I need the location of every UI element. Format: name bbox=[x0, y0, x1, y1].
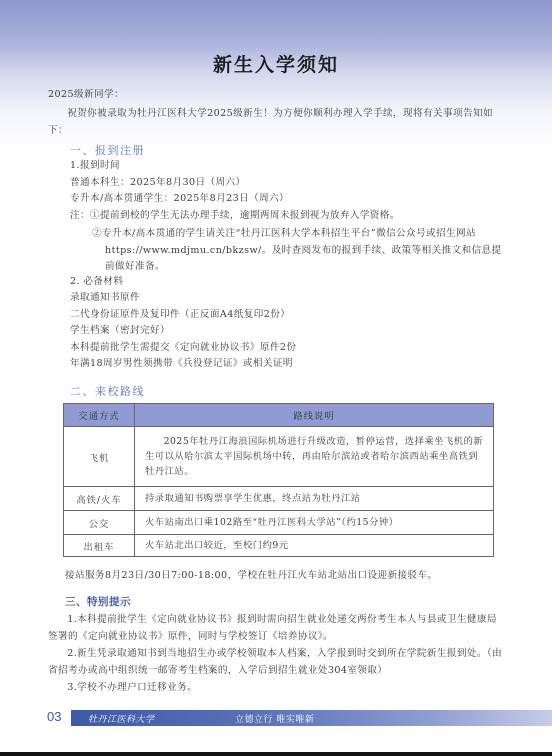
page-title: 新生入学须知 bbox=[0, 50, 552, 77]
section-heading-route: 二、来校路线 bbox=[70, 383, 145, 399]
tip-item: 1.本科提前批学生《定向就业协议书》报到时需向招生就业处递交两份考生本人与县或卫… bbox=[48, 611, 503, 645]
page-number: 03 bbox=[47, 709, 61, 724]
salutation: 2025级新同学： bbox=[48, 89, 124, 101]
section-heading-registration: 一、报到注册 bbox=[70, 142, 145, 158]
route-description: 火车站北出口较近，至校门约9元 bbox=[135, 535, 494, 557]
pickup-service: 接站服务8月23日/30日7:00-18:00，学校在牡丹江火车站北站出口设迎新… bbox=[65, 570, 437, 582]
table-row: 出租车 火车站北出口较近，至校门约9元 bbox=[64, 535, 494, 557]
table-row: 公交 火车站南出口乘102路至“牡丹江医科大学站”（约15分钟） bbox=[64, 511, 494, 535]
bottom-divider bbox=[0, 752, 552, 756]
upgrade-date: 专升本/高本贯通学生：2025年8月23日（周六） bbox=[70, 193, 289, 205]
intro-paragraph: 祝贺你被录取为牡丹江医科大学2025级新生！为方便你顺利办理入学手续，现将有关事… bbox=[48, 105, 498, 139]
note-1: 注：①提前到校的学生无法办理手续，逾期两周未报到视为放弃入学资格。 bbox=[70, 210, 400, 222]
section-heading-tips: 三、特别提示 bbox=[65, 594, 131, 609]
note-2: ②专升本/高本贯通的学生请关注“牡丹江医科大学本科招生平台”微信公众号或招生网站… bbox=[92, 226, 502, 276]
column-header-route: 路线说明 bbox=[135, 404, 494, 427]
material-item: 年满18周岁男性须携带《兵役登记证》或相关证明 bbox=[70, 358, 293, 370]
material-item: 录取通知书原件 bbox=[70, 292, 140, 304]
school-name-logo: 牡丹江医科大学 bbox=[88, 712, 155, 725]
sub-heading-materials: 2. 必备材料 bbox=[70, 276, 123, 288]
regular-date: 普通本科生：2025年8月30日（周六） bbox=[70, 177, 245, 189]
transport-mode: 高铁/火车 bbox=[64, 487, 135, 511]
table-header-row: 交通方式 路线说明 bbox=[64, 404, 494, 427]
transport-mode: 出租车 bbox=[64, 535, 135, 557]
transport-mode: 公交 bbox=[64, 511, 135, 535]
tip-item: 3.学校不办理户口迁移业务。 bbox=[48, 679, 503, 696]
footer-bar: 牡丹江医科大学 立德立行 唯实唯新 bbox=[71, 710, 552, 726]
sub-heading-time: 1.报到时间 bbox=[70, 160, 120, 172]
route-description: 火车站南出口乘102路至“牡丹江医科大学站”（约15分钟） bbox=[135, 511, 494, 535]
route-description: 2025年牡丹江海浪国际机场进行升级改造，暂停运营，选择乘坐飞机的新生可以从哈尔… bbox=[135, 427, 494, 487]
material-item: 学生档案（密封完好） bbox=[70, 325, 170, 337]
route-description: 持录取通知书购票享学生优惠，终点站为牡丹江站 bbox=[135, 487, 494, 511]
document-page: 新生入学须知 2025级新同学： 祝贺你被录取为牡丹江医科大学2025级新生！为… bbox=[0, 0, 552, 752]
table-row: 高铁/火车 持录取通知书购票享学生优惠，终点站为牡丹江站 bbox=[64, 487, 494, 511]
column-header-mode: 交通方式 bbox=[64, 404, 135, 427]
material-item: 本科提前批学生需提交《定向就业协议书》原件2份 bbox=[70, 342, 296, 354]
material-item: 二代身份证原件及复印件（正反面A4纸复印2份） bbox=[70, 309, 290, 321]
school-motto: 立德立行 唯实唯新 bbox=[235, 712, 314, 725]
route-table: 交通方式 路线说明 飞机 2025年牡丹江海浪国际机场进行升级改造，暂停运营，选… bbox=[63, 403, 494, 557]
table-row: 飞机 2025年牡丹江海浪国际机场进行升级改造，暂停运营，选择乘坐飞机的新生可以… bbox=[64, 427, 494, 487]
tip-item: 2.新生凭录取通知书到当地招生办或学校领取本人档案，入学报到时交到所在学院新生报… bbox=[48, 645, 503, 679]
transport-mode: 飞机 bbox=[64, 427, 135, 487]
